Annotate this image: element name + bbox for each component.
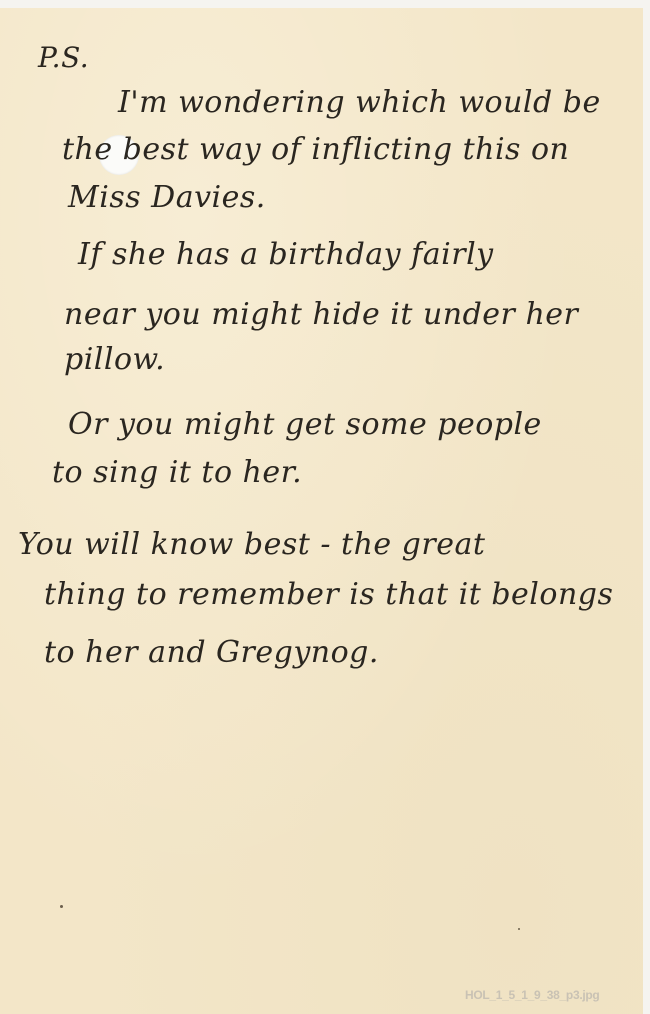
handwritten-line-11: to her and Gregynog. (44, 638, 379, 668)
handwritten-line-4: If she has a birthday fairly (78, 240, 494, 270)
handwritten-line-ps: P.S. (38, 44, 89, 72)
handwritten-line-3: Miss Davies. (68, 183, 266, 213)
handwritten-line-10: thing to remember is that it belongs (44, 580, 613, 610)
handwritten-line-9: You will know best - the great (18, 530, 485, 560)
scan-background-top (0, 0, 650, 8)
handwritten-line-6: pillow. (64, 345, 165, 375)
handwritten-line-5: near you might hide it under her (64, 300, 578, 330)
handwritten-line-2: the best way of inflicting this on (62, 135, 569, 165)
paper-speck (60, 905, 63, 908)
filename-watermark: HOL_1_5_1_9_38_p3.jpg (465, 988, 599, 1002)
handwritten-line-7: Or you might get some people (68, 410, 542, 440)
handwritten-line-8: to sing it to her. (52, 458, 302, 488)
handwritten-line-1: I'm wondering which would be (118, 88, 601, 118)
paper-speck (518, 928, 520, 930)
scan-background-right (643, 8, 650, 1014)
